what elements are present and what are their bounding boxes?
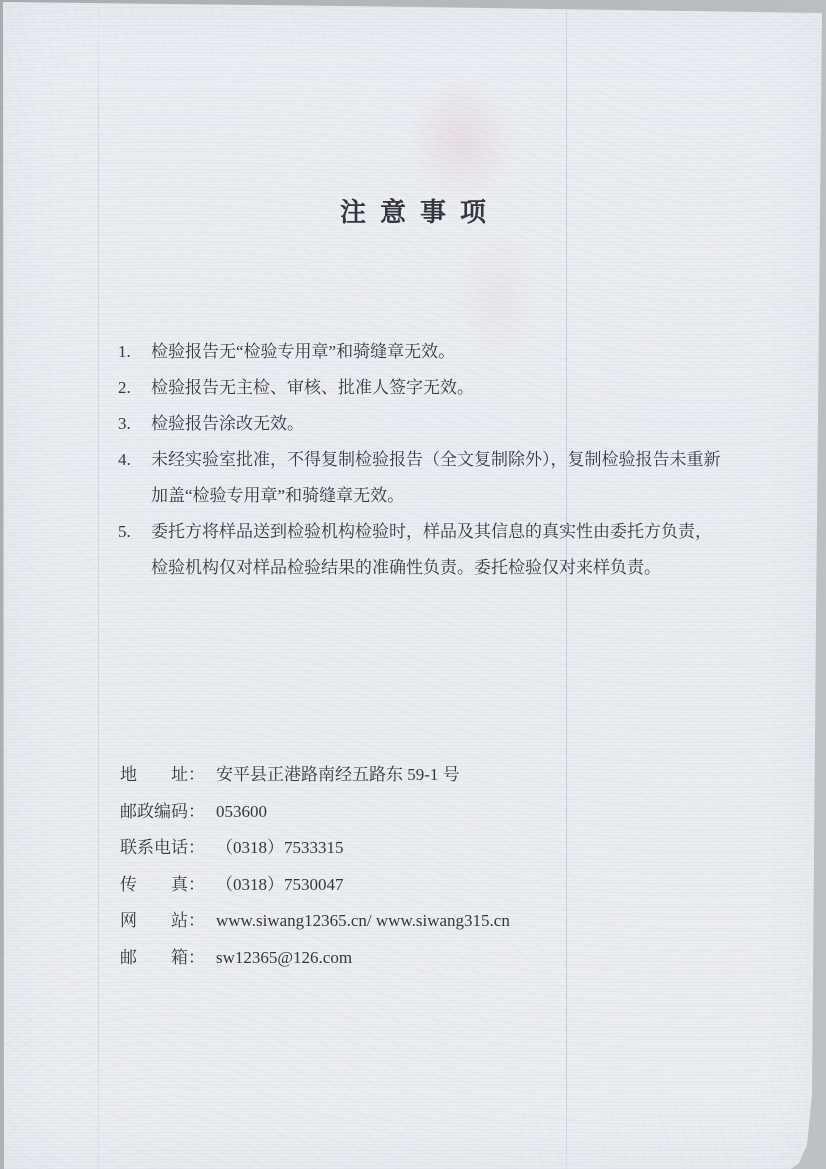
note-item: 2. 检验报告无主检、审核、批准人签字无效。 bbox=[118, 370, 724, 406]
note-text-line: 加盖“检验专用章”和骑缝章无效。 bbox=[151, 478, 724, 514]
paper-sheet: 注意事项 1. 检验报告无“检验专用章”和骑缝章无效。 2. 检验报告无主检、审… bbox=[0, 0, 826, 1169]
contact-row-website: 网 站：www.siwang12365.cn/ www.siwang315.cn bbox=[120, 903, 680, 940]
contact-row-email: 邮 箱：sw12365@126.com bbox=[120, 940, 680, 977]
notice-title: 注意事项 bbox=[0, 192, 826, 229]
contact-value: www.siwang12365.cn/ www.siwang315.cn bbox=[216, 911, 510, 930]
scanned-page: 注意事项 1. 检验报告无“检验专用章”和骑缝章无效。 2. 检验报告无主检、审… bbox=[0, 0, 826, 1169]
note-item: 3. 检验报告涂改无效。 bbox=[118, 406, 724, 442]
contact-value: （0318）7533315 bbox=[216, 838, 344, 857]
contact-value: 053600 bbox=[216, 802, 267, 821]
note-number: 2. bbox=[118, 370, 131, 406]
contact-label: 邮 箱： bbox=[120, 940, 208, 977]
note-item: 4. 未经实验室批准，不得复制检验报告（全文复制除外），复制检验报告未重新 加盖… bbox=[118, 442, 724, 514]
contact-info: 地 址：安平县正港路南经五路东 59-1 号 邮政编码：053600 联系电话：… bbox=[120, 757, 680, 976]
note-text-line: 检验报告无主检、审核、批准人签字无效。 bbox=[151, 370, 724, 406]
contact-row-phone: 联系电话：（0318）7533315 bbox=[120, 830, 680, 867]
note-number: 4. bbox=[118, 442, 131, 478]
note-text-line: 检验报告涂改无效。 bbox=[151, 406, 724, 442]
contact-label: 网 站： bbox=[120, 903, 208, 940]
contact-label: 地 址： bbox=[120, 757, 208, 794]
contact-value: sw12365@126.com bbox=[216, 948, 352, 967]
contact-label: 联系电话： bbox=[120, 830, 208, 867]
contact-label: 邮政编码： bbox=[120, 794, 208, 831]
note-text-line: 检验机构仅对样品检验结果的准确性负责。委托检验仅对来样负责。 bbox=[151, 550, 724, 586]
note-number: 1. bbox=[118, 334, 131, 370]
contact-value: （0318）7530047 bbox=[216, 875, 344, 894]
contact-label: 传 真： bbox=[120, 867, 208, 904]
note-text-line: 委托方将样品送到检验机构检验时，样品及其信息的真实性由委托方负责， bbox=[151, 514, 724, 550]
contact-row-fax: 传 真：（0318）7530047 bbox=[120, 867, 680, 904]
contact-row-address: 地 址：安平县正港路南经五路东 59-1 号 bbox=[120, 757, 680, 794]
contact-value: 安平县正港路南经五路东 59-1 号 bbox=[216, 765, 460, 784]
note-text-line: 未经实验室批准，不得复制检验报告（全文复制除外），复制检验报告未重新 bbox=[151, 442, 724, 478]
note-item: 5. 委托方将样品送到检验机构检验时，样品及其信息的真实性由委托方负责， 检验机… bbox=[118, 514, 724, 586]
notes-list: 1. 检验报告无“检验专用章”和骑缝章无效。 2. 检验报告无主检、审核、批准人… bbox=[118, 334, 724, 586]
note-number: 3. bbox=[118, 406, 131, 442]
fold-line-left bbox=[98, 0, 99, 1169]
note-text-line: 检验报告无“检验专用章”和骑缝章无效。 bbox=[151, 334, 724, 370]
note-number: 5. bbox=[118, 514, 131, 550]
note-item: 1. 检验报告无“检验专用章”和骑缝章无效。 bbox=[118, 334, 724, 370]
contact-row-postcode: 邮政编码：053600 bbox=[120, 794, 680, 831]
